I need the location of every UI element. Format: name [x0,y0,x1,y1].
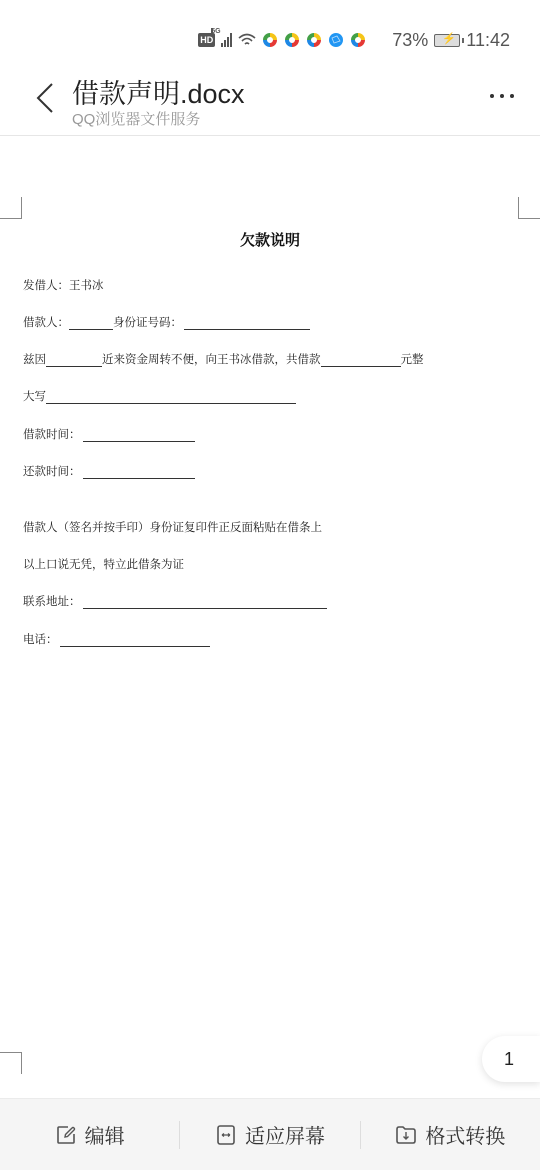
page-corner-mark [0,197,22,219]
fit-screen-button[interactable]: 适应屏幕 [180,1099,359,1170]
status-icons: HD 5G [198,32,366,48]
file-subtitle: QQ浏览器文件服务 [72,108,200,129]
dot-icon [490,94,494,98]
page-corner-mark [0,1052,22,1074]
clock: 11:42 [466,30,510,51]
document-heading: 欠款说明 [0,229,540,250]
battery-percent: 73% [392,30,428,51]
page-indicator[interactable]: 1 [482,1036,540,1082]
signature-note: 借款人（签名并按手印）身份证复印件正反面粘贴在借条上 [23,519,322,535]
battery-charging-icon: ⚡ [434,34,460,47]
capital-amount-line: 大写 [23,388,296,404]
phone-line: 电话： [23,631,210,647]
wifi-icon [238,33,256,47]
borrow-time-line: 借款时间： [23,426,195,442]
address-line: 联系地址： [23,593,327,609]
dot-icon [500,94,504,98]
repay-time-blank [83,467,195,479]
issuer-line: 发借人：王书冰 [23,277,104,293]
repay-time-line: 还款时间： [23,463,195,479]
header: 借款声明.docx QQ浏览器文件服务 [0,70,540,136]
document-viewer[interactable]: 欠款说明 发借人：王书冰 借款人： 身份证号码： 兹因 近来资金周转不便，向王书… [0,137,540,1097]
bottom-toolbar: 编辑 适应屏幕 格式转换 [0,1098,540,1170]
capital-amount-blank [46,392,296,404]
hd-icon: HD [198,33,215,47]
borrower-blank [69,318,113,330]
address-blank [83,597,327,609]
edit-icon [55,1124,77,1146]
borrow-time-blank [83,430,195,442]
edit-button[interactable]: 编辑 [0,1099,179,1170]
reason-blank [46,355,102,367]
back-button[interactable] [30,78,60,118]
qq-browser-icon [284,32,300,48]
borrower-line: 借款人： 身份证号码： [23,314,310,330]
status-bar: HD 5G [0,0,540,70]
cellular-signal-icon: 5G [221,33,232,47]
qq-browser-icon [350,32,366,48]
dot-icon [510,94,514,98]
qq-browser-icon [306,32,322,48]
id-number-blank [184,318,310,330]
proof-note: 以上口说无凭，特立此借条为证 [23,556,184,572]
amount-blank [321,355,401,367]
phone-blank [60,635,210,647]
qq-browser-icon [262,32,278,48]
reason-line: 兹因 近来资金周转不便，向王书冰借款，共借款 元整 [23,351,424,367]
folder-download-icon [395,1124,417,1146]
page-corner-mark [518,197,540,219]
fit-screen-icon [215,1124,237,1146]
file-title: 借款声明.docx [72,72,245,111]
more-options-button[interactable] [490,94,514,98]
format-convert-button[interactable]: 格式转换 [361,1099,540,1170]
globe-icon [328,32,344,48]
